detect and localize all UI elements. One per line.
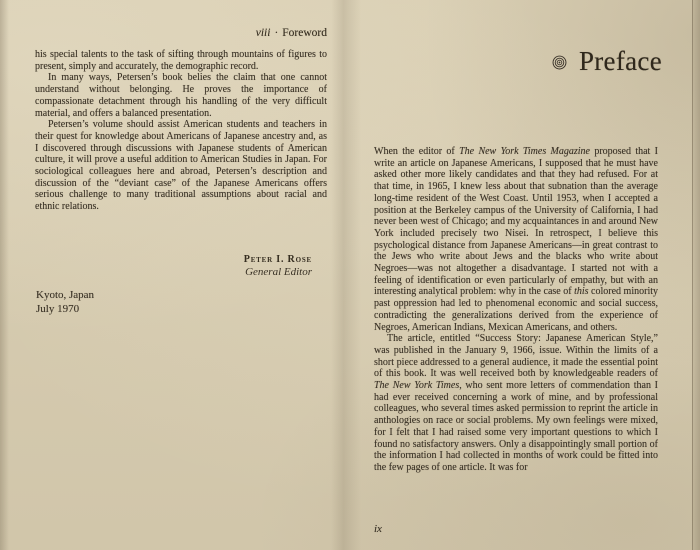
signature-role: General Editor	[35, 266, 312, 278]
signature-name: Peter I. Rose	[35, 254, 312, 265]
bullseye-icon	[552, 55, 567, 70]
book-spread: viii·Foreword his special talents to the…	[0, 0, 700, 550]
signature-block: Peter I. Rose General Editor	[35, 254, 312, 278]
header-separator-dot: ·	[274, 27, 278, 39]
dateline-date: July 1970	[36, 302, 94, 316]
running-header: viii·Foreword	[35, 27, 327, 39]
preface-title-row: Preface	[374, 44, 662, 78]
page-edge-right	[692, 0, 700, 550]
preface-paragraph: The article, entitled “Success Story: Ja…	[374, 333, 658, 473]
foreword-paragraph: In many ways, Petersen’s book belies the…	[35, 72, 327, 119]
page-left-foreword: viii·Foreword his special talents to the…	[0, 0, 345, 550]
folio-ix: ix	[374, 523, 382, 535]
page-edge-left	[0, 0, 9, 550]
page-title: Preface	[579, 46, 662, 77]
page-right-preface: Preface When the editor of The New York …	[345, 0, 700, 550]
preface-body: When the editor of The New York Times Ma…	[374, 146, 658, 474]
running-header-title: Foreword	[282, 27, 327, 39]
foreword-body: his special talents to the task of sifti…	[35, 49, 327, 213]
dateline: Kyoto, Japan July 1970	[36, 288, 94, 316]
book-gutter-shadow	[331, 0, 361, 550]
dateline-place: Kyoto, Japan	[36, 288, 94, 302]
foreword-paragraph: his special talents to the task of sifti…	[35, 49, 327, 72]
folio-viii: viii	[256, 27, 271, 39]
preface-paragraph: When the editor of The New York Times Ma…	[374, 146, 658, 333]
foreword-paragraph: Petersen’s volume should assist American…	[35, 119, 327, 213]
